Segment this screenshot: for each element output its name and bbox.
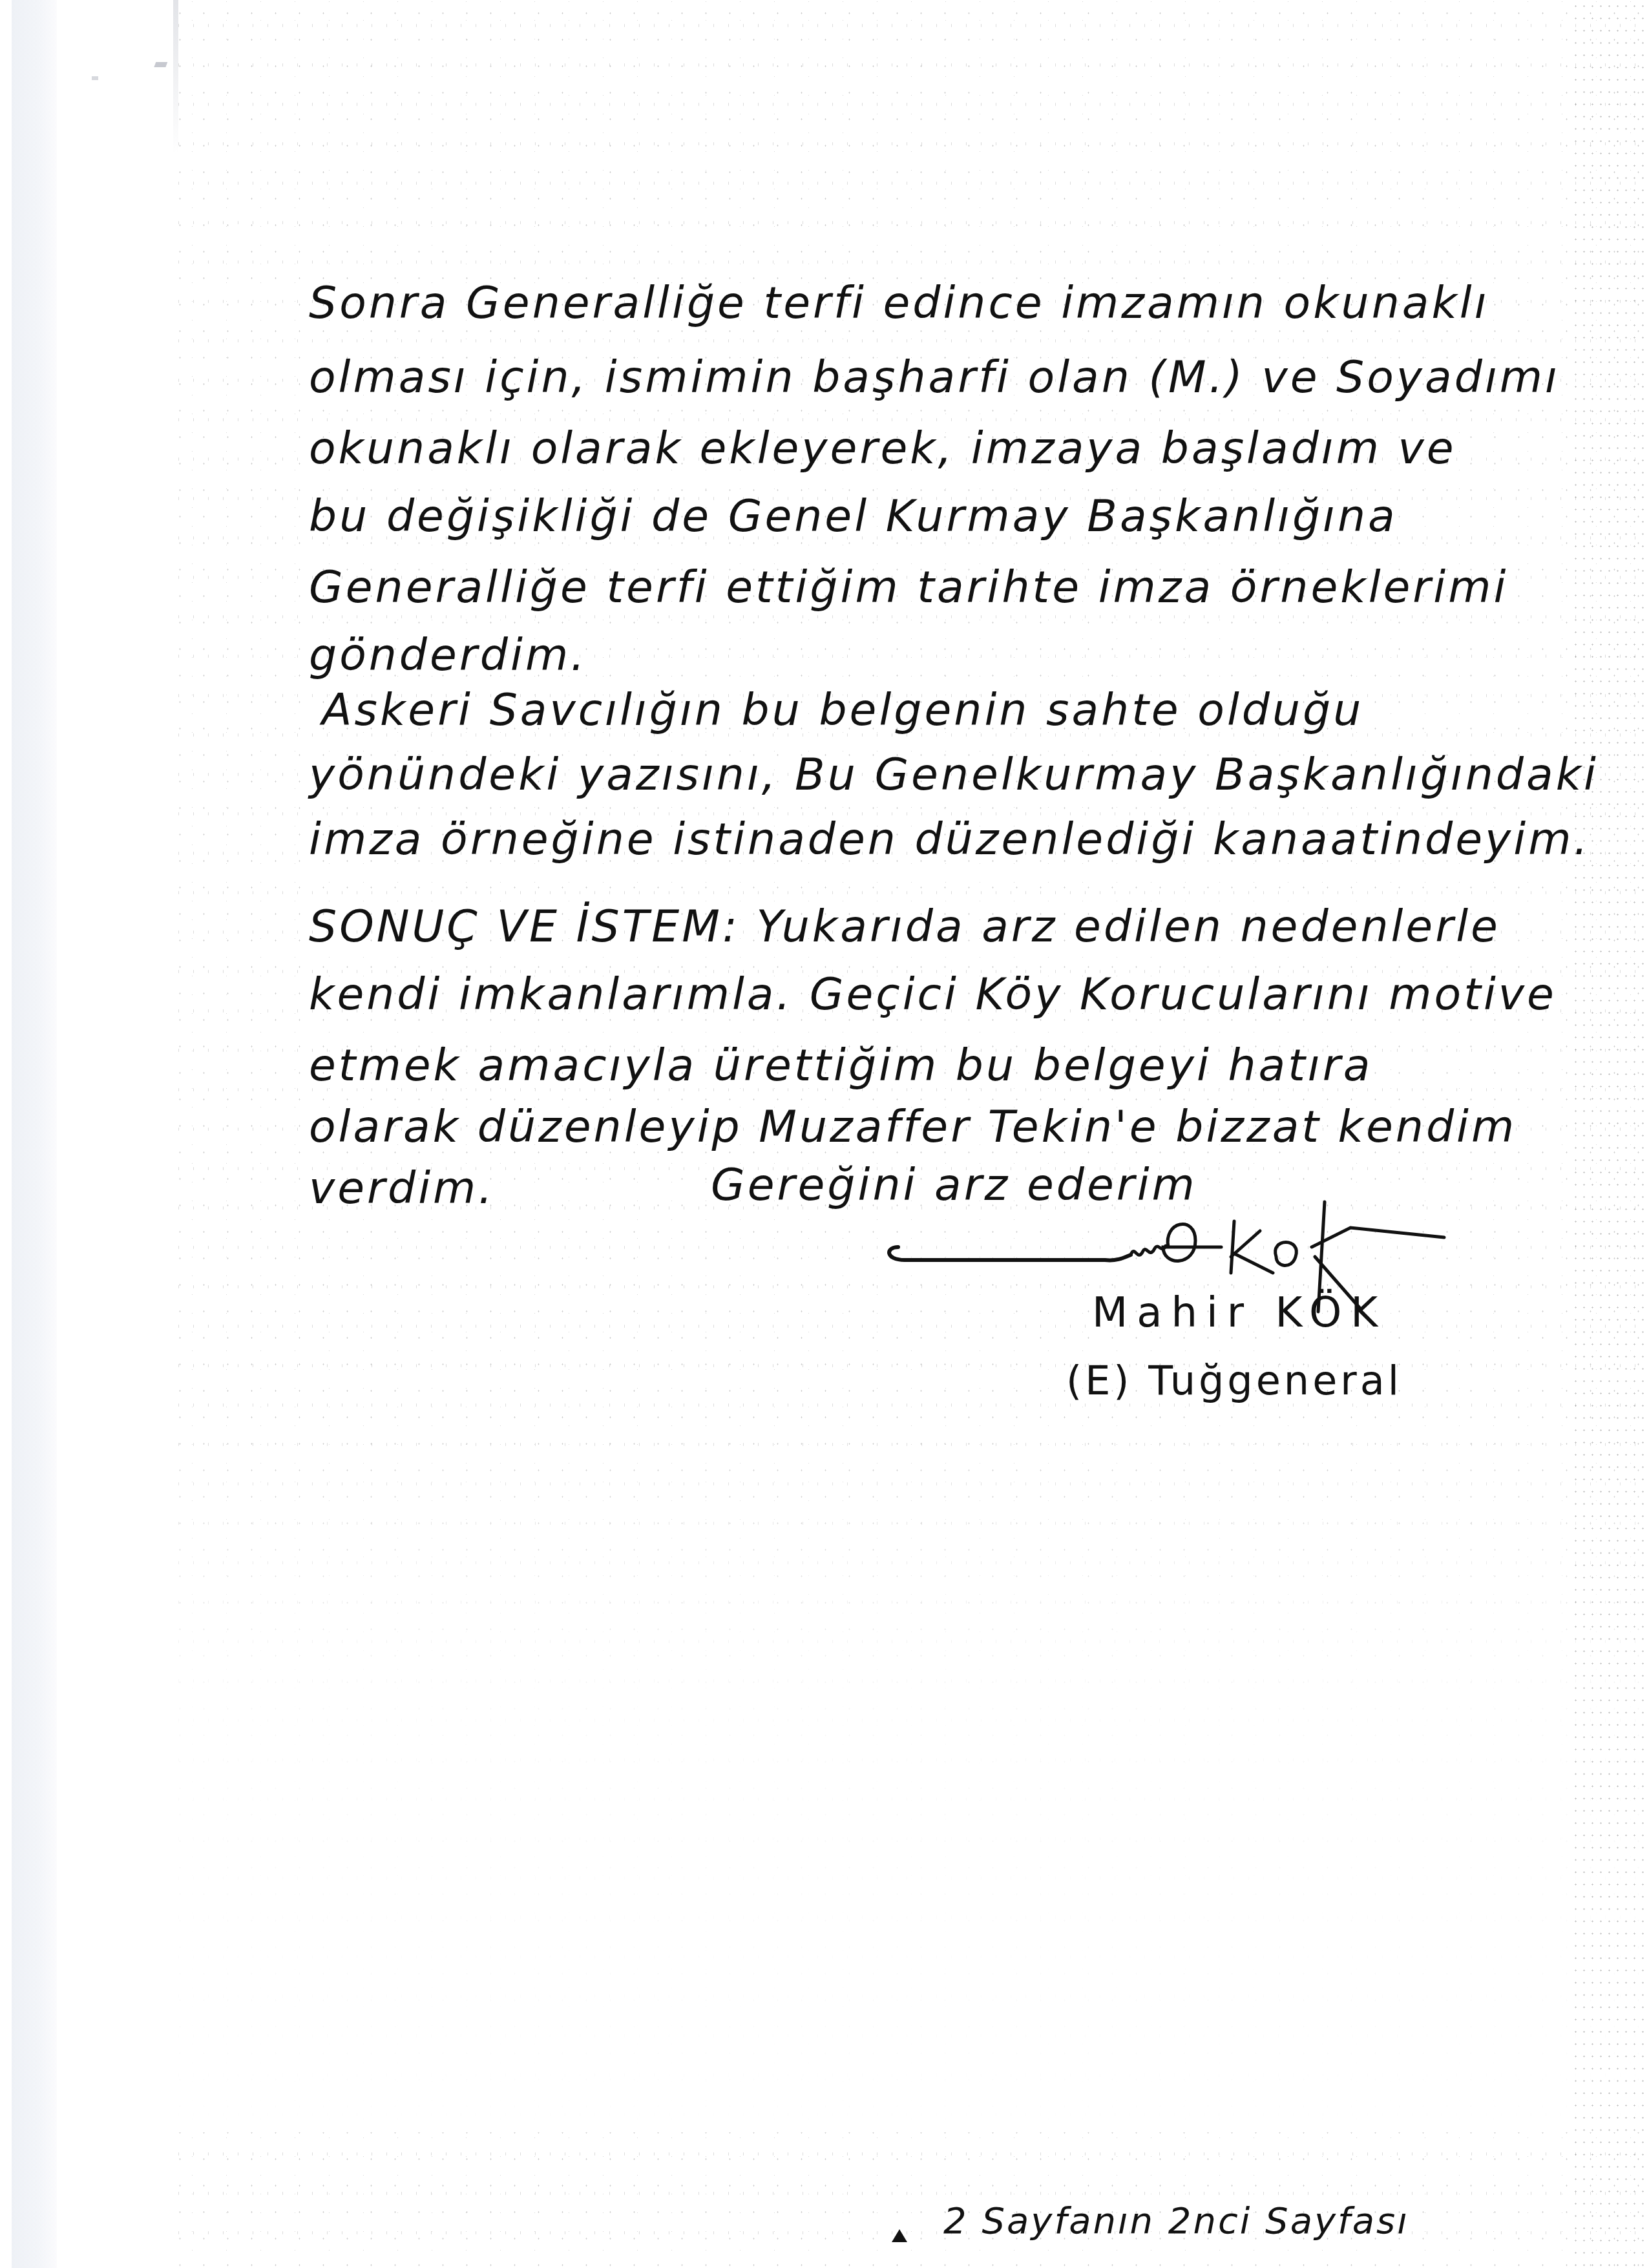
- signatory-name: Mahir KÖK: [1092, 1289, 1387, 1337]
- body-line: bu değişikliği de Genel Kurmay Başkanlığ…: [309, 491, 1398, 542]
- body-line: Askeri Savcılığın bu belgenin sahte oldu…: [322, 685, 1363, 736]
- caret-mark-icon: [892, 2229, 907, 2242]
- conclusion-heading-line: SONUÇ VE İSTEM: Yukarıda arz edilen nede…: [309, 901, 1500, 952]
- body-line: Generalliğe terfi ettiğim tarihte imza ö…: [309, 562, 1508, 613]
- body-line: Sonra Generalliğe terfi edince imzamın o…: [309, 278, 1489, 329]
- scan-smudge: [152, 62, 168, 74]
- body-line: olması için, ismimin başharfi olan (M.) …: [309, 352, 1560, 403]
- signatory-rank: (E) Tuğgeneral: [1066, 1357, 1402, 1404]
- scan-fade: [168, 1422, 1649, 2132]
- body-line: yönündeki yazısını, Bu Genelkurmay Başka…: [309, 750, 1599, 801]
- body-line: imza örneğine istinaden düzenlediği kana…: [309, 814, 1590, 865]
- body-line: okunaklı olarak ekleyerek, imzaya başlad…: [309, 423, 1456, 474]
- body-line: gönderdim.: [309, 630, 587, 681]
- body-line: etmek amacıyla ürettiğim bu belgeyi hatı…: [309, 1040, 1372, 1091]
- body-line: olarak düzenleyip Muzaffer Tekin'e bizza…: [309, 1102, 1517, 1153]
- scan-edge-noise: [1571, 0, 1649, 2268]
- scan-edge-strip: [12, 0, 57, 2268]
- body-line: verdim.: [309, 1163, 495, 1214]
- scan-smudge: [92, 76, 98, 85]
- body-line: kendi imkanlarımla. Geçici Köy Korucular…: [309, 969, 1557, 1020]
- page-footer-note: 2 Sayfanın 2nci Sayfası: [943, 2200, 1409, 2242]
